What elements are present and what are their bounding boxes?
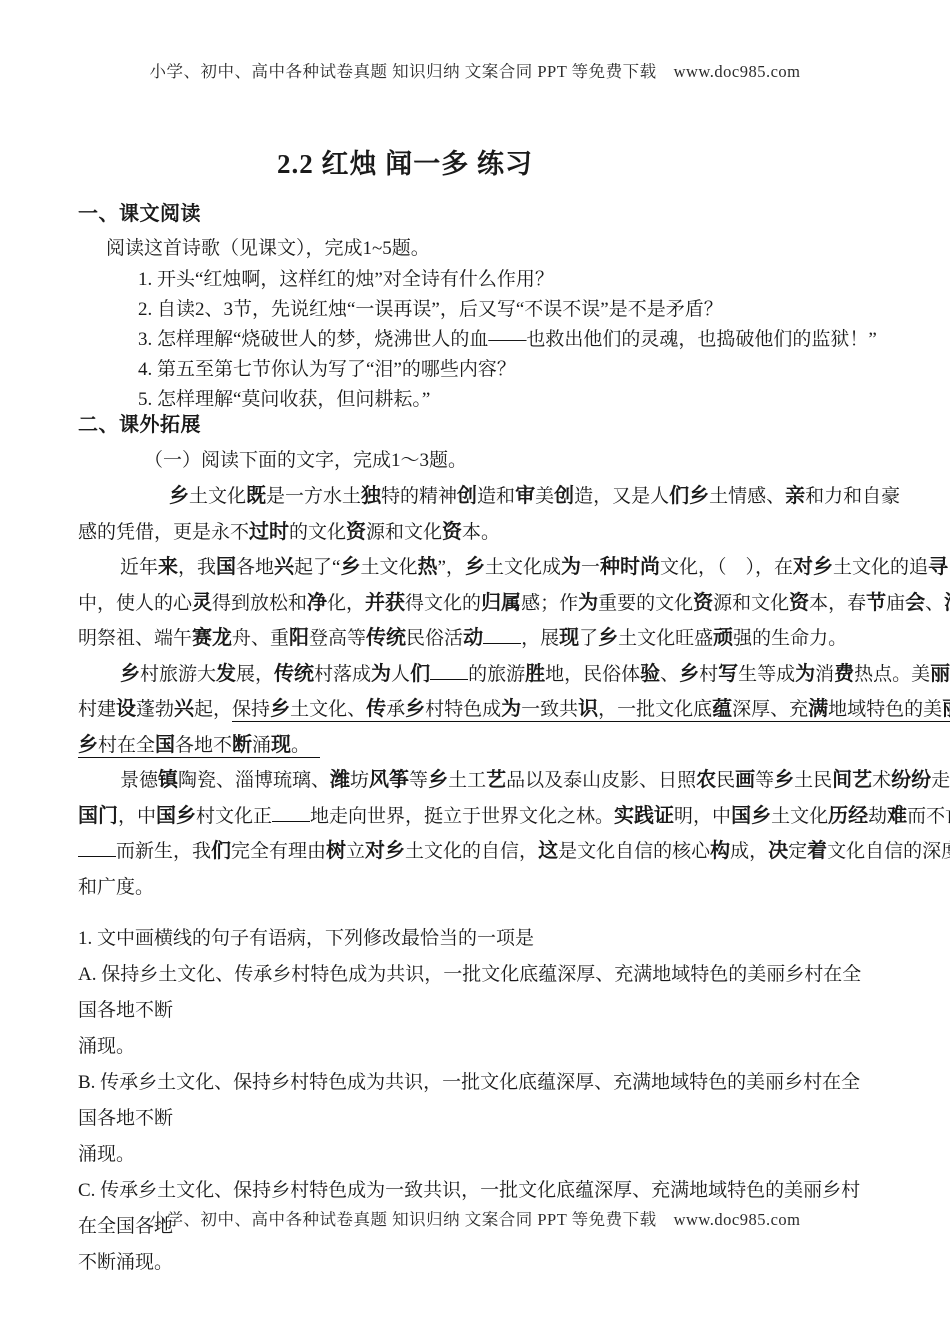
section2-sub-intro: （一）阅读下面的文字，完成1～3题。 xyxy=(78,443,878,479)
passage-text: 景德 xyxy=(120,770,158,791)
emphasis-text: 会 xyxy=(905,592,925,614)
option-a: A. 保持乡土文化、传承乡村特色成为共识，一批文化底蕴深厚、充满地域特色的美丽乡… xyxy=(78,957,878,1029)
passage-text: 村建 xyxy=(78,699,116,720)
emphasis-text: 乡 xyxy=(689,485,709,507)
passage-text: 造和 xyxy=(477,486,515,507)
underlined-text: 识 xyxy=(578,698,598,722)
emphasis-text: 国门 xyxy=(78,805,118,827)
underlined-text: 现 xyxy=(271,734,291,758)
emphasis-text: 乡 xyxy=(465,556,485,578)
emphasis-text: 国 xyxy=(156,805,176,827)
passage-text: 舟、重 xyxy=(232,628,289,649)
emphasis-text: 顽 xyxy=(713,627,733,649)
passage-text: 等 xyxy=(755,770,774,791)
emphasis-text: 国 xyxy=(731,805,751,827)
passage-text: ，中 xyxy=(118,806,156,827)
emphasis-text: 节 xyxy=(866,592,886,614)
passage-line: 中，使人的心灵得到放松和净化，并获得文化的归属感；作为重要的文化资源和文化资本，… xyxy=(78,586,878,622)
passage-text: 、 xyxy=(660,664,679,685)
passage-text: 村 xyxy=(699,664,718,685)
emphasis-text: 乡 xyxy=(176,805,196,827)
emphasis-text: 资 xyxy=(693,592,713,614)
underlined-text: 断 xyxy=(232,734,252,758)
passage-text: 一 xyxy=(581,557,600,578)
emphasis-text: 为 xyxy=(561,556,581,578)
emphasis-text: 乡 xyxy=(169,485,189,507)
passage-text: 强的生命力。 xyxy=(733,628,847,649)
passage-text: 源和文化 xyxy=(713,593,789,614)
emphasis-text: 历经 xyxy=(828,805,868,827)
fill-in-blank xyxy=(78,839,116,857)
underlined-text: 保持 xyxy=(232,699,270,722)
passage-text: 生等成 xyxy=(738,664,795,685)
passage-text: 土文化旺盛 xyxy=(618,628,713,649)
underlined-text: 深厚、充 xyxy=(732,699,808,722)
passage-text: 土文化 xyxy=(189,486,246,507)
passage-text: 土情感、 xyxy=(709,486,785,507)
passage-text: 本。 xyxy=(462,522,500,543)
passage-line: 近年来，我国各地兴起了“乡土文化热”，乡土文化成为一种时尚文化，（ ），在对乡土… xyxy=(78,550,878,586)
passage-text: ，展 xyxy=(521,628,559,649)
passage-text: 感的凭借，更是永不 xyxy=(78,522,249,543)
section1-intro: 阅读这首诗歌（见课文），完成1~5题。 xyxy=(78,232,878,265)
emphasis-text: 为 xyxy=(578,592,598,614)
passage-text: 蓬勃 xyxy=(136,699,174,720)
passage-line: 而新生，我们完全有理由树立对乡土文化的自信，这是文化自信的核心构成，决定着文化自… xyxy=(78,834,878,870)
underlined-text: 国 xyxy=(155,734,175,758)
fill-in-blank xyxy=(430,661,468,679)
passage-text: 走出 xyxy=(931,770,950,791)
passage-text: 得到放松和 xyxy=(212,593,307,614)
passage-text: 成， xyxy=(730,841,768,862)
emphasis-text: 对 xyxy=(793,556,813,578)
fill-in-blank xyxy=(272,803,310,821)
passage-text: 土文化成 xyxy=(485,557,561,578)
emphasis-text: 费 xyxy=(834,663,854,685)
passage-text: 文化，（ ），在 xyxy=(660,557,793,578)
passage-text: 了 xyxy=(579,628,598,649)
emphasis-text: 时尚 xyxy=(620,556,660,578)
passage-text: 本，春 xyxy=(809,593,866,614)
passage-text: 坊 xyxy=(350,770,369,791)
option-a-cont: 涌现。 xyxy=(78,1029,878,1065)
option-b-cont: 涌现。 xyxy=(78,1137,878,1173)
section1-question-list: 1. 开头“红烛啊，这样红的烛”对全诗有什么作用？2. 自读2、3节，先说红烛“… xyxy=(78,265,878,415)
fill-in-blank xyxy=(483,626,521,644)
passage-text: 特的精神 xyxy=(381,486,457,507)
passage-text: 化， xyxy=(327,593,365,614)
emphasis-text: 灵 xyxy=(192,592,212,614)
site-watermark-header: 小学、初中、高中各种试卷真题 知识归纳 文案合同 PPT 等免费下载 www.d… xyxy=(0,58,950,82)
passage-text: 起， xyxy=(194,699,232,720)
passage-text: 土文化 xyxy=(771,806,828,827)
passage-text: 陶瓷、淄博琉璃、 xyxy=(178,770,330,791)
underlined-text: 一致共 xyxy=(521,699,578,722)
emphasis-text: 创 xyxy=(457,485,477,507)
passage-text: 造，又是人 xyxy=(574,486,669,507)
underlined-text: 乡 xyxy=(270,698,290,722)
underlined-text: 村在全 xyxy=(98,735,155,758)
underlined-text: 承 xyxy=(386,699,405,722)
emphasis-text: 乡 xyxy=(774,769,794,791)
emphasis-text: 设 xyxy=(116,698,136,720)
underlined-text xyxy=(301,735,320,758)
emphasis-text: 现 xyxy=(559,627,579,649)
emphasis-text: 乡 xyxy=(120,663,140,685)
emphasis-text: 画 xyxy=(735,769,755,791)
emphasis-text: 审 xyxy=(515,485,535,507)
question-item: 3. 怎样理解“烧破世人的梦，烧沸世人的血——也救出他们的灵魂，也捣破他们的监狱… xyxy=(78,325,878,355)
section1-heading: 一、课文阅读 xyxy=(78,196,878,232)
emphasis-text: 纷纷 xyxy=(891,769,931,791)
passage-text: 展， xyxy=(236,664,274,685)
passage-text: 土文化的追 xyxy=(833,557,928,578)
passage-text: 起了“ xyxy=(294,557,340,578)
emphasis-text: 乡 xyxy=(598,627,618,649)
underlined-text: 丽 xyxy=(942,698,950,722)
emphasis-text: 资 xyxy=(346,521,366,543)
underlined-text: 传 xyxy=(366,698,386,722)
passage-text: 土民 xyxy=(794,770,832,791)
passage-text: 村文化正 xyxy=(196,806,272,827)
emphasis-text: 净 xyxy=(307,592,327,614)
document-page: 小学、初中、高中各种试卷真题 知识归纳 文案合同 PPT 等免费下载 www.d… xyxy=(0,0,950,1344)
emphasis-text: 动 xyxy=(463,627,483,649)
passage-text: 是一方水土 xyxy=(266,486,361,507)
emphasis-text: 证 xyxy=(654,805,674,827)
passage-text: 源和文化 xyxy=(366,522,442,543)
underlined-text: 蕴 xyxy=(712,698,732,722)
emphasis-text: 过时 xyxy=(249,521,289,543)
passage-line: 和广度。 xyxy=(78,870,878,906)
emphasis-text: 既 xyxy=(246,485,266,507)
passage: 乡土文化既是一方水土独特的精神创造和审美创造，又是人们乡土情感、亲和力和自豪感的… xyxy=(78,479,878,905)
document-content: 一、课文阅读 阅读这首诗歌（见课文），完成1~5题。 1. 开头“红烛啊，这样红… xyxy=(78,196,878,1281)
emphasis-text: 传统 xyxy=(274,663,314,685)
emphasis-text: 为 xyxy=(371,663,391,685)
passage-text: 土文化的自信， xyxy=(405,841,538,862)
emphasis-text: 胜 xyxy=(525,663,545,685)
question-item: 2. 自读2、3节，先说红烛“一误再误”，后又写“不误不误”是不是矛盾？ xyxy=(78,295,878,325)
passage-text: 人 xyxy=(391,664,410,685)
emphasis-text: 归属 xyxy=(481,592,521,614)
emphasis-text: 风筝 xyxy=(369,769,409,791)
passage-text: 得文化的 xyxy=(405,593,481,614)
passage-text: 近年 xyxy=(120,557,158,578)
passage-text: 民 xyxy=(716,770,735,791)
emphasis-text: 赛龙 xyxy=(192,627,232,649)
option-b: B. 传承乡土文化、保持乡村特色成为共识，一批文化底蕴深厚、充满地域特色的美丽乡… xyxy=(78,1065,878,1137)
emphasis-text: 这 xyxy=(538,840,558,862)
emphasis-text: 艺 xyxy=(486,769,506,791)
passage-text: 而新生，我 xyxy=(116,841,211,862)
site-watermark-footer: 小学、初中、高中各种试卷真题 知识归纳 文案合同 PPT 等免费下载 www.d… xyxy=(0,1206,950,1230)
passage-line: 村建设蓬勃兴起，保持乡土文化、传承乡村特色成为一致共识，一批文化底蕴深厚、充满地… xyxy=(78,692,878,728)
emphasis-text: 乡 xyxy=(428,769,448,791)
passage-text: 庙 xyxy=(886,593,905,614)
passage-line: 景德镇陶瓷、淄博琉璃、潍坊风筝等乡土工艺品以及泰山皮影、日照农民画等乡土民间艺术… xyxy=(78,763,878,799)
emphasis-text: 乡 xyxy=(340,556,360,578)
underlined-text: 。 xyxy=(291,735,301,758)
underlined-text: 各地不 xyxy=(175,735,232,758)
passage-text: 重要的文化 xyxy=(598,593,693,614)
question-item: 4. 第五至第七节你认为写了“泪”的哪些内容？ xyxy=(78,355,878,385)
emphasis-text: 们 xyxy=(211,840,231,862)
emphasis-text: 传统 xyxy=(366,627,406,649)
emphasis-text: 兴 xyxy=(174,698,194,720)
passage-text: 术 xyxy=(872,770,891,791)
passage-line: 乡村在全国各地不断涌现。 xyxy=(78,728,878,764)
emphasis-text: 树 xyxy=(326,840,346,862)
underlined-text: 地域特色的美 xyxy=(828,699,942,722)
passage-text: 热点。美 xyxy=(854,664,930,685)
passage-text: 和广度。 xyxy=(78,877,154,898)
passage-line: 乡村旅游大发展，传统村落成为人们的旅游胜地，民俗体验、乡村写生等成为消费热点。美… xyxy=(78,657,878,693)
passage-text: 的文化 xyxy=(289,522,346,543)
emphasis-text: 们 xyxy=(669,485,689,507)
emphasis-text: 发 xyxy=(216,663,236,685)
emphasis-text: 乡 xyxy=(385,840,405,862)
passage-text: 土工 xyxy=(448,770,486,791)
emphasis-text: 资 xyxy=(442,521,462,543)
emphasis-text: 乡 xyxy=(751,805,771,827)
emphasis-text: 实践 xyxy=(614,805,654,827)
passage-text: 各地 xyxy=(236,557,274,578)
passage-text: 明，中 xyxy=(674,806,731,827)
emphasis-text: 构 xyxy=(710,840,730,862)
passage-text: 而不亡， xyxy=(907,806,950,827)
passage-text: ，我 xyxy=(178,557,216,578)
passage-text: 登高等 xyxy=(309,628,366,649)
emphasis-text: 潍 xyxy=(330,769,350,791)
page-title: 2.2 红烛 闻一多 练习 xyxy=(75,142,735,181)
passage-line: 国门，中国乡村文化正地走向世界，挺立于世界文化之林。实践证明，中国乡土文化历经劫… xyxy=(78,799,878,835)
emphasis-text: 寻 xyxy=(928,556,948,578)
passage-text: 美 xyxy=(535,486,554,507)
emphasis-text: 国 xyxy=(216,556,236,578)
emphasis-text: 乡 xyxy=(813,556,833,578)
underlined-text: 涌 xyxy=(252,735,271,758)
passage-text: 消 xyxy=(815,664,834,685)
passage-text: 完全有理由 xyxy=(231,841,326,862)
passage-text: 立 xyxy=(346,841,365,862)
underlined-text: ，一批文化底 xyxy=(598,699,712,722)
passage-text: 地走向世界，挺立于世界文化之林。 xyxy=(310,806,614,827)
emphasis-text: 难 xyxy=(887,805,907,827)
emphasis-text: 对 xyxy=(365,840,385,862)
emphasis-text: 资 xyxy=(789,592,809,614)
emphasis-text: 热 xyxy=(418,556,438,578)
passage-text: 、 xyxy=(925,593,944,614)
passage-text: 等 xyxy=(409,770,428,791)
underlined-text: 土文化、 xyxy=(290,699,366,722)
emphasis-text: 们 xyxy=(410,663,430,685)
passage-text: 明祭祖、端午 xyxy=(78,628,192,649)
passage-text: 定 xyxy=(788,841,807,862)
section2-heading: 二、课外拓展 xyxy=(78,407,878,443)
passage-text: 村落成 xyxy=(314,664,371,685)
passage-line: 明祭祖、端午赛龙舟、重阳登高等传统民俗活动，展现了乡土文化旺盛顽强的生命力。 xyxy=(78,621,878,657)
section2-question1: 1. 文中画横线的句子有语病，下列修改最恰当的一项是 xyxy=(78,921,878,957)
underlined-text: 村特色成 xyxy=(425,699,501,722)
underlined-text: 为 xyxy=(501,698,521,722)
passage-text: 劫 xyxy=(868,806,887,827)
emphasis-text: 为 xyxy=(795,663,815,685)
emphasis-text: 着 xyxy=(807,840,827,862)
emphasis-text: 并获 xyxy=(365,592,405,614)
passage-text: 中，使人的心 xyxy=(78,593,192,614)
passage-text: 和力和自豪 xyxy=(805,486,900,507)
passage-text: 文化自信的深度 xyxy=(827,841,950,862)
underlined-text: 乡 xyxy=(405,698,425,722)
emphasis-text: 创 xyxy=(554,485,574,507)
passage-text: 的旅游 xyxy=(468,664,525,685)
emphasis-text: 种 xyxy=(600,556,620,578)
emphasis-text: 镇 xyxy=(158,769,178,791)
passage-text: ”， xyxy=(438,557,465,578)
question-item: 1. 开头“红烛啊，这样红的烛”对全诗有什么作用？ xyxy=(78,265,878,295)
underlined-text: 乡 xyxy=(78,734,98,758)
passage-text: 是文化自信的核心 xyxy=(558,841,710,862)
passage-text: 感；作 xyxy=(521,593,578,614)
passage-text: 地，民俗体 xyxy=(545,664,640,685)
passage-text: 民俗活 xyxy=(406,628,463,649)
emphasis-text: 阳 xyxy=(289,627,309,649)
option-c-cont: 不断涌现。 xyxy=(78,1245,878,1281)
emphasis-text: 兴 xyxy=(274,556,294,578)
passage-text: 品以及泰山皮影、日照 xyxy=(506,770,696,791)
option-list: A. 保持乡土文化、传承乡村特色成为共识，一批文化底蕴深厚、充满地域特色的美丽乡… xyxy=(78,957,878,1281)
emphasis-text: 亲 xyxy=(785,485,805,507)
emphasis-text: 农 xyxy=(696,769,716,791)
emphasis-text: 决 xyxy=(768,840,788,862)
emphasis-text: 乡 xyxy=(679,663,699,685)
emphasis-text: 写 xyxy=(718,663,738,685)
passage-line: 感的凭借，更是永不过时的文化资源和文化资本。 xyxy=(78,515,878,551)
passage-text: 村旅游大 xyxy=(140,664,216,685)
emphasis-text: 清 xyxy=(944,592,950,614)
emphasis-text: 间艺 xyxy=(832,769,872,791)
underlined-text: 满 xyxy=(808,698,828,722)
passage-line: 乡土文化既是一方水土独特的精神创造和审美创造，又是人们乡土情感、亲和力和自豪 xyxy=(78,479,878,515)
emphasis-text: 来 xyxy=(158,556,178,578)
emphasis-text: 独 xyxy=(361,485,381,507)
emphasis-text: 验 xyxy=(640,663,660,685)
passage-text: 土文化 xyxy=(360,557,417,578)
emphasis-text: 丽 xyxy=(930,663,950,685)
